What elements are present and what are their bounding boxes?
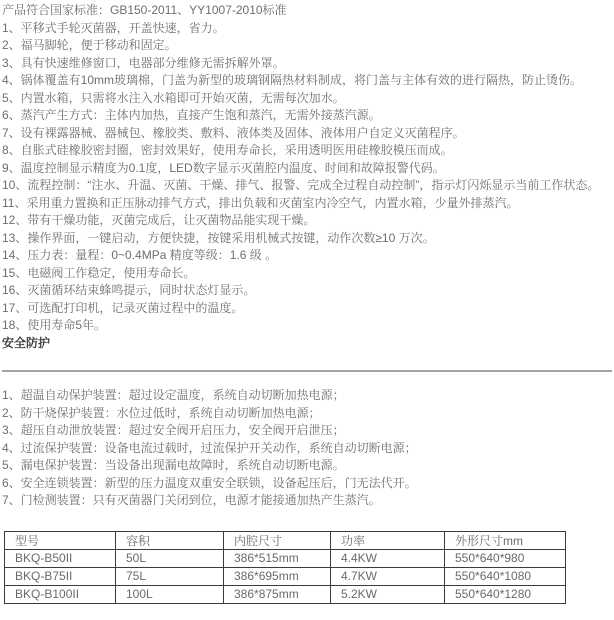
feature-list: 1、平移式手轮灭菌器，开盖快速，省力。2、福马脚轮，便于移动和固定。3、具有快速…: [2, 20, 614, 335]
feature-item: 12、带有干燥功能，灭菌完成后，让灭菌物品能实现干燥。: [2, 212, 614, 230]
product-spec-document: 产品符合国家标准：GB150-2011、YY1007-2010标准 1、平移式手…: [0, 0, 614, 604]
table-cell: 386*875mm: [224, 585, 331, 603]
safety-heading: 安全防护: [2, 335, 614, 353]
table-header-cell: 外形尺寸mm: [445, 531, 566, 549]
table-row: BKQ-B100II100L386*875mm5.2KW550*640*1280: [5, 585, 566, 603]
table-cell: 386*515mm: [224, 549, 331, 567]
feature-item: 17、可选配打印机，记录灭菌过程中的温度。: [2, 300, 614, 318]
table-cell: 550*640*1280: [445, 585, 566, 603]
feature-item: 2、福马脚轮，便于移动和固定。: [2, 37, 614, 55]
table-cell: BKQ-B100II: [5, 585, 116, 603]
feature-item: 7、设有裸露器械、器械包、橡胶类、敷料、液体类及固体、液体用户自定义灭菌程序。: [2, 125, 614, 143]
table-cell: 100L: [116, 585, 224, 603]
section-divider: [2, 370, 612, 372]
feature-item: 11、采用重力置换和正压脉动排气方式，排出负载和灭菌室内冷空气，内置水箱，少量外…: [2, 195, 614, 213]
safety-item: 3、超压自动泄放装置：超过安全阀开启压力，安全阀开启泄压；: [2, 422, 614, 440]
feature-item: 9、温度控制显示精度为0.1度，LED数字显示灭菌腔内温度、时间和故障报警代码。: [2, 160, 614, 178]
feature-item: 5、内置水箱，只需将水注入水箱即可开始灭菌，无需每次加水。: [2, 90, 614, 108]
table-row: BKQ-B75II75L386*695mm4.7KW550*640*1080: [5, 567, 566, 585]
table-cell: 75L: [116, 567, 224, 585]
table-row: BKQ-B50II50L386*515mm4.4KW550*640*980: [5, 549, 566, 567]
table-header-cell: 功率: [331, 531, 445, 549]
safety-item: 1、超温自动保护装置：超过设定温度，系统自动切断加热电源；: [2, 387, 614, 405]
feature-item: 13、操作界面，一键启动，方便快捷，按键采用机械式按键，动作次数≥10 万次。: [2, 230, 614, 248]
table-cell: 5.2KW: [331, 585, 445, 603]
feature-item: 14、压力表：量程：0~0.4MPa 精度等级：1.6 级 。: [2, 247, 614, 265]
safety-item: 5、漏电保护装置：当设备出现漏电故障时，系统自动切断电源。: [2, 457, 614, 475]
table-cell: BKQ-B50II: [5, 549, 116, 567]
feature-item: 4、锅体覆盖有10mm玻璃棉，门盖为新型的玻璃钢隔热材料制成，将门盖与主体有效的…: [2, 72, 614, 90]
feature-item: 10、流程控制：“注水、升温、灭菌、干燥、排气、报警、完成全过程自动控制”，指示…: [2, 177, 614, 195]
safety-item: 6、安全连锁装置：新型的压力温度双重安全联锁，设备起压后，门无法代开。: [2, 475, 614, 493]
feature-item: 6、蒸汽产生方式：主体内加热，直接产生饱和蒸汽，无需外接蒸汽源。: [2, 107, 614, 125]
table-cell: 4.7KW: [331, 567, 445, 585]
safety-item: 7、门检测装置：只有灭菌器门关闭到位，电源才能接通加热产生蒸汽。: [2, 492, 614, 510]
table-header-row: 型号容积内腔尺寸功率外形尺寸mm: [5, 531, 566, 549]
table-cell: 550*640*980: [445, 549, 566, 567]
table-header-cell: 内腔尺寸: [224, 531, 331, 549]
table-cell: BKQ-B75II: [5, 567, 116, 585]
feature-item: 15、电磁阀工作稳定，使用寿命长。: [2, 265, 614, 283]
feature-item: 16、灭菌循环结束蜂鸣提示，同时状态灯显示。: [2, 282, 614, 300]
safety-item: 4、过流保护装置：设备电流过载时，过流保护开关动作，系统自动切断电源；: [2, 440, 614, 458]
feature-item: 18、使用寿命5年。: [2, 317, 614, 335]
table-header-cell: 型号: [5, 531, 116, 549]
table-cell: 550*640*1080: [445, 567, 566, 585]
spec-table: 型号容积内腔尺寸功率外形尺寸mm BKQ-B50II50L386*515mm4.…: [4, 531, 566, 604]
table-header-cell: 容积: [116, 531, 224, 549]
safety-item: 2、防干烧保护装置：水位过低时，系统自动切断加热电源；: [2, 405, 614, 423]
feature-item: 8、自胀式硅橡胶密封圈，密封效果好，使用寿命长，采用透明医用硅橡胶模压而成。: [2, 142, 614, 160]
feature-item: 1、平移式手轮灭菌器，开盖快速，省力。: [2, 20, 614, 38]
safety-list: 1、超温自动保护装置：超过设定温度，系统自动切断加热电源；2、防干烧保护装置：水…: [2, 387, 614, 510]
table-cell: 50L: [116, 549, 224, 567]
standards-line: 产品符合国家标准：GB150-2011、YY1007-2010标准: [2, 2, 614, 20]
table-cell: 386*695mm: [224, 567, 331, 585]
feature-item: 3、具有快速维修窗口，电器部分维修无需拆解外罩。: [2, 55, 614, 73]
table-cell: 4.4KW: [331, 549, 445, 567]
